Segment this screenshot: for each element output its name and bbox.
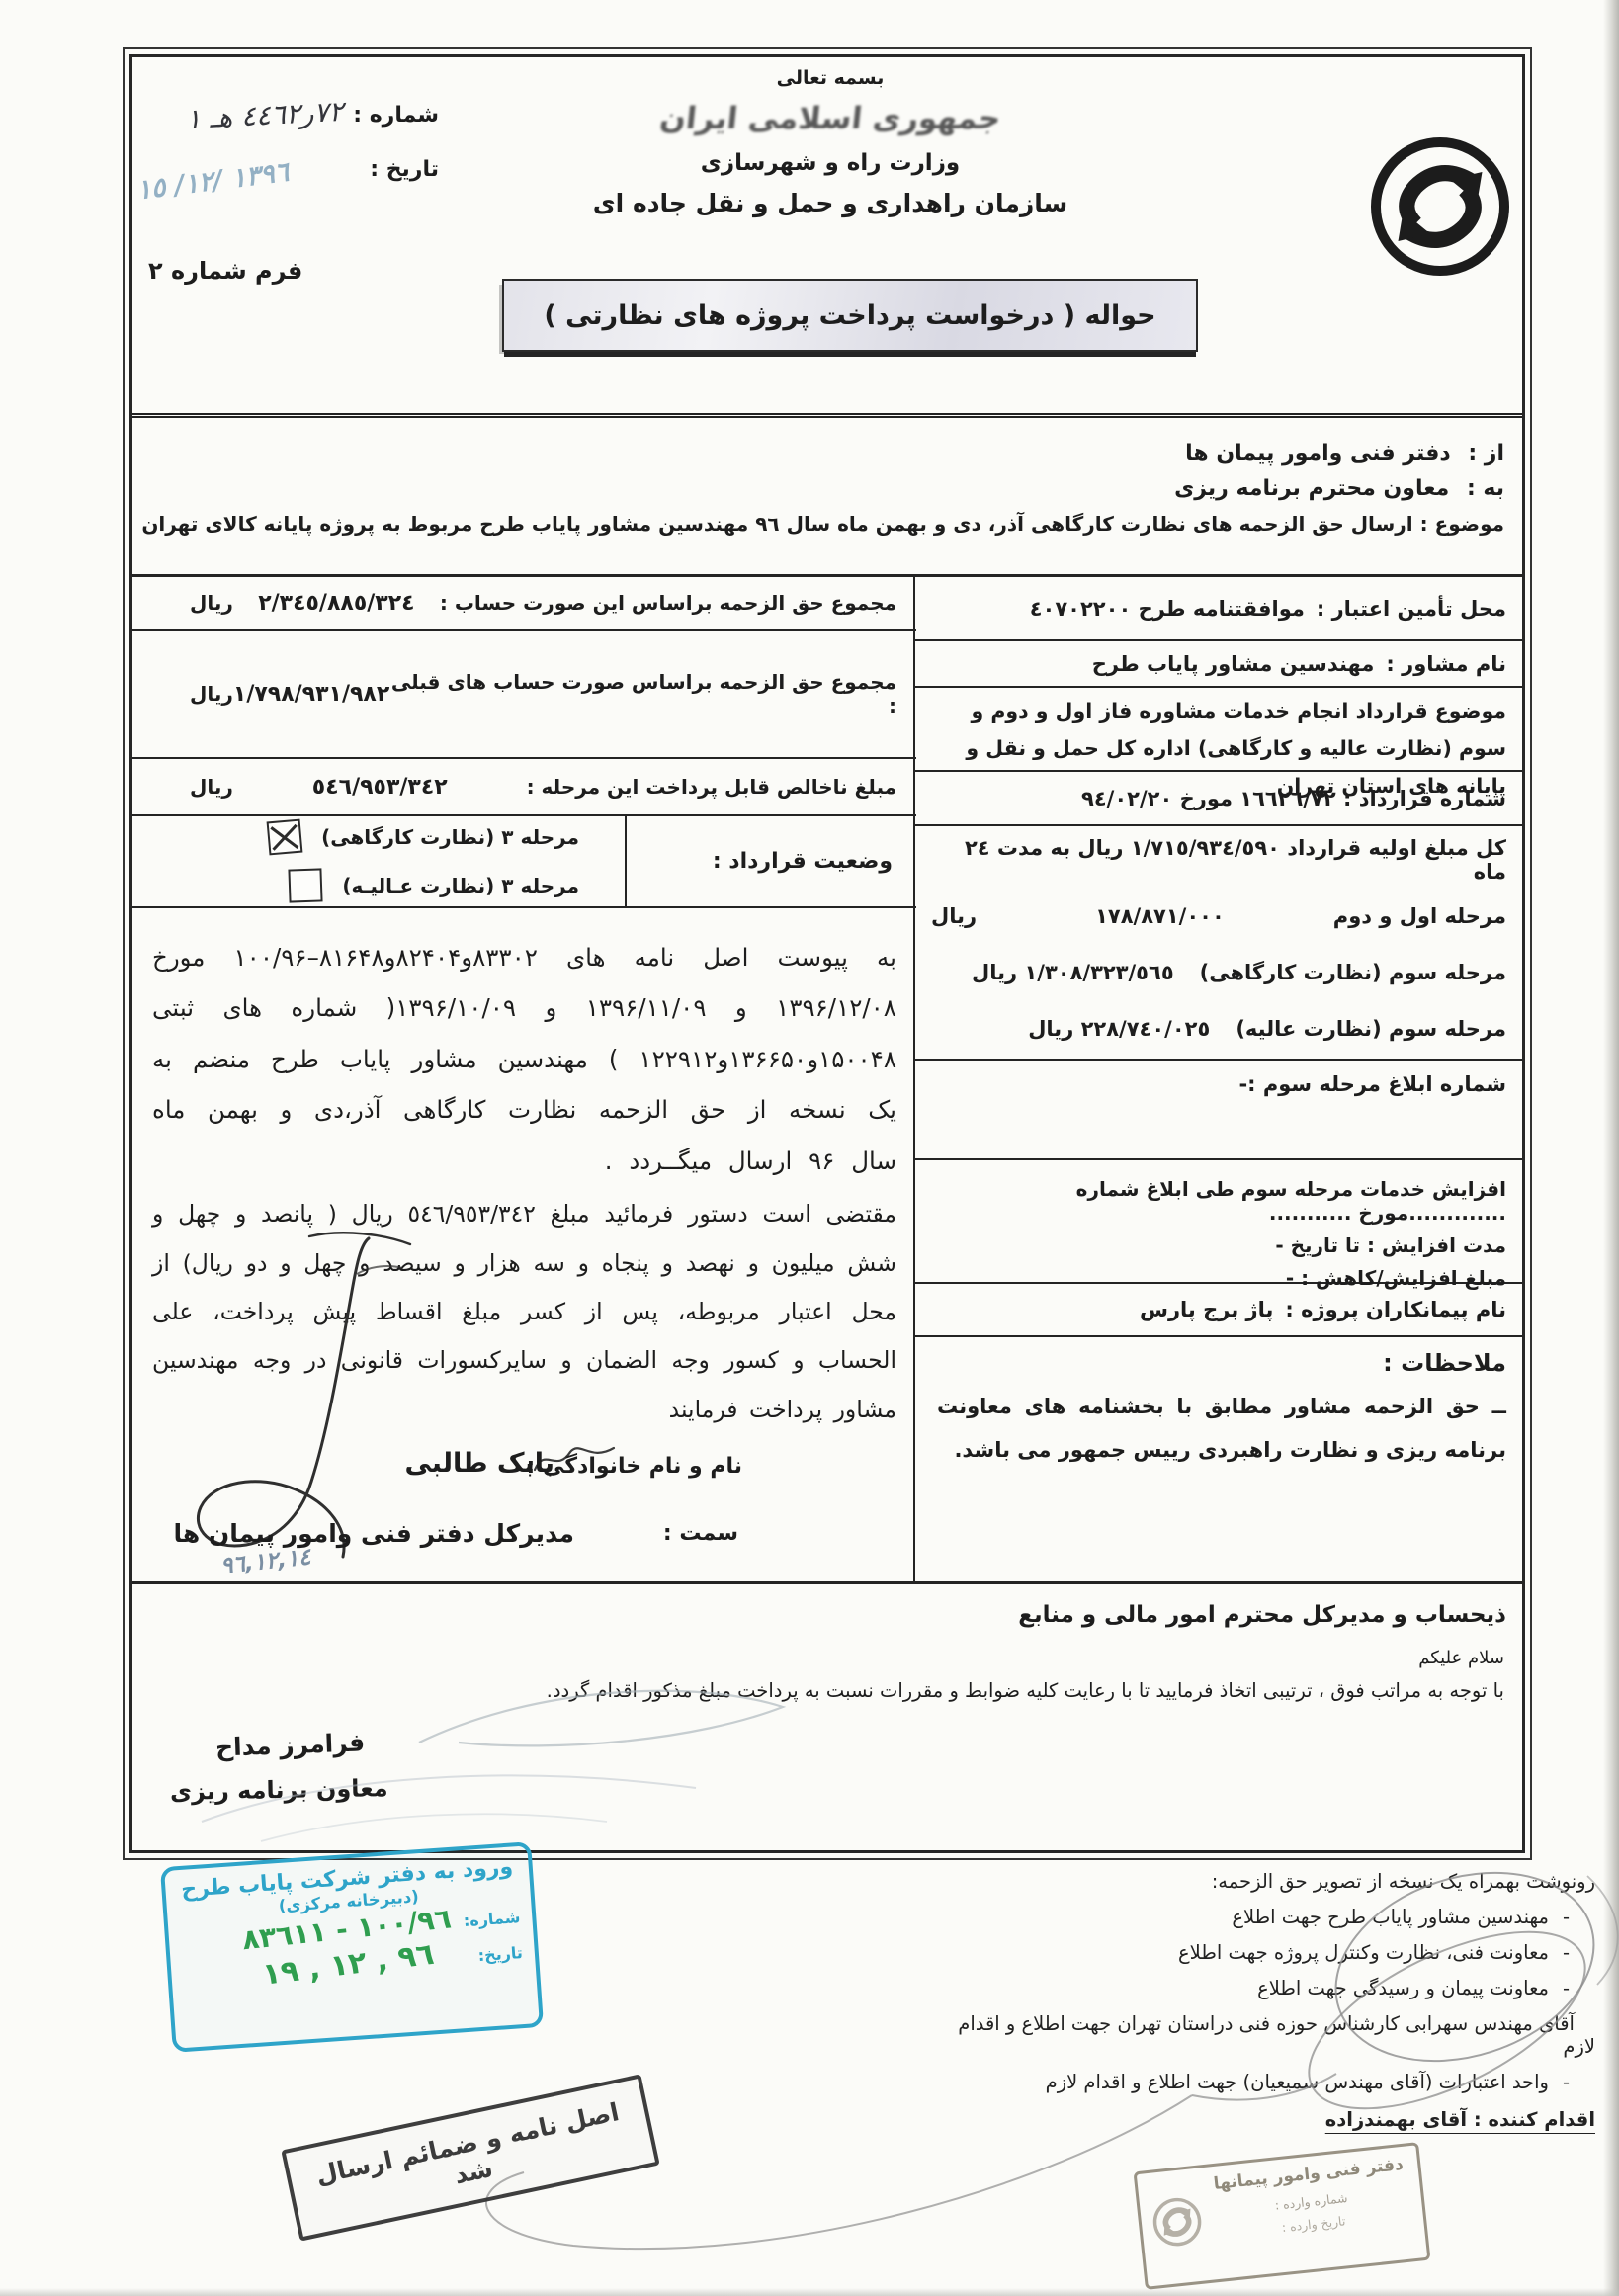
gross-payable-row: مبلغ ناخالص قابل پرداخت این مرحله : ٥٤٦/… <box>132 759 916 816</box>
phase3-site-line: مرحله سوم (نظارت کارگاهی) ١/٣٠٨/٣٢٣/٥٦٥ … <box>931 944 1506 1000</box>
position-value: مدیرکل دفتر فنی وامور پیمان ها <box>173 1519 574 1548</box>
cc-item: -معاونت پیمان و رسیدگی جهت اطلاع <box>943 1977 1595 1999</box>
cc-item-text: معاونت فنی، نظارت وکنترل پروژه جهت اطلاع <box>1178 1941 1549 1964</box>
current-total-label: مجموع حق الزحمه براساس این صورت حساب : <box>440 591 896 615</box>
originals-sent-stamp: اصل نامه و ضمائم ارسال شد <box>281 2074 659 2241</box>
position-label: سمت : <box>663 1521 738 1546</box>
name-label: نام و نام خانوادگی : <box>527 1454 742 1479</box>
subject-value: ارسال حق الزحمه های نظارت کارگاهی آذر، د… <box>141 512 1412 536</box>
number-value-handwritten: ٧٢ر٤٤٦٢ هـ ١ <box>185 95 344 135</box>
cc-heading: رونوشت بهمراه یک نسخه از تصویر حق الزحمه… <box>943 1870 1595 1893</box>
cc-item-text: واحد اعتبارات (آقای مهندس سمیعیان) جهت ا… <box>1046 2071 1549 2093</box>
scanned-payment-request-form: بسمه تعالی جمهوری اسلامی ایران وزارت راه… <box>0 0 1619 2296</box>
contract-subject-row: موضوع قرارداد انجام خدمات مشاوره فاز اول… <box>915 688 1522 772</box>
increase-line2: مدت افزایش : تا تاریخ - <box>931 1233 1506 1257</box>
funding-row: محل تأمین اعتبار : موافقتنامه طرح ٤٠٧٠٢٢… <box>915 577 1522 641</box>
gross-payable-value: ٥٤٦/٩٥٣/٣٤٢ <box>312 775 448 800</box>
checked-checkbox-icon <box>267 819 303 856</box>
status-label: وضعیت قرارداد : <box>625 816 916 906</box>
total-amount-line: کل مبلغ اولیه قرارداد ١/٧١٥/٩٣٤/٥٩٠ ریال… <box>931 831 1506 888</box>
phase12-line: مرحله اول و دوم ١٧٨/٨٧١/٠٠٠ ریال <box>931 888 1506 944</box>
previous-total-row: مجموع حق الزحمه براساس صورت حساب های قبل… <box>132 631 916 759</box>
republic-calligraphy: جمهوری اسلامی ایران <box>482 101 1178 136</box>
entry-registration-stamp: ورود به دفتر شرکت پایاب طرح (دبیرخانه مر… <box>160 1841 544 2053</box>
from-value: دفتر فنی وامور پیمان ها <box>1185 441 1450 466</box>
technical-office-stamp: دفتر فنی وامور پیمانها شماره وارده : تار… <box>1134 2142 1431 2290</box>
contract-table: محل تأمین اعتبار : موافقتنامه طرح ٤٠٧٠٢٢… <box>132 574 1522 1584</box>
current-total-unit: ریال <box>190 591 233 615</box>
approval-salutation: سلام علیکم <box>1418 1648 1504 1668</box>
from-label: از : <box>1468 441 1504 466</box>
form-number-line: شماره : ٧٢ر٤٤٦٢ هـ ١ <box>140 99 439 131</box>
previous-total-unit: ریال <box>190 682 233 706</box>
dash-bullet: - <box>1563 2071 1570 2093</box>
bismillah-text: بسمه تعالی <box>484 67 1176 89</box>
cc-list: رونوشت بهمراه یک نسخه از تصویر حق الزحمه… <box>943 1870 1595 2131</box>
contractors-value: پاژ برج پارس <box>1140 1298 1273 1321</box>
status-option-site: مرحله ٣ (نظارت کارگاهی) <box>132 820 579 854</box>
header-meta: شماره : ٧٢ر٤٤٦٢ هـ ١ تاریخ : ١٣٩٦ /١٢/ ١… <box>140 99 439 182</box>
header-divider <box>132 413 1522 418</box>
dash-bullet: - <box>1563 1906 1570 1928</box>
remarks-row: ملاحظات : ــ حق الزحمه مشاور مطابق با بخ… <box>915 1337 1522 1472</box>
phase3-site-label: مرحله سوم (نظارت کارگاهی) <box>1200 961 1506 984</box>
consultant-row: نام مشاور : مهندسین مشاور پایاب طرح <box>915 641 1522 688</box>
contractors-label: نام پیمانکاران پروژه : <box>1285 1298 1506 1321</box>
previous-total-label: مجموع حق الزحمه براساس صورت حساب های قبل… <box>389 670 896 718</box>
approval-section: ذیحساب و مدیرکل محترم امور مالی و منابع … <box>132 1581 1522 1850</box>
increase-row: افزایش خدمات مرحله سوم طی ابلاغ شماره ..… <box>915 1160 1522 1284</box>
form-border-box: بسمه تعالی جمهوری اسلامی ایران وزارت راه… <box>129 54 1525 1853</box>
entry-number-label: شماره: <box>463 1908 521 1930</box>
header-center: بسمه تعالی جمهوری اسلامی ایران وزارت راه… <box>484 67 1176 217</box>
contract-amounts-row: کل مبلغ اولیه قرارداد ١/٧١٥/٩٣٤/٥٩٠ ریال… <box>915 826 1522 1061</box>
office-stamp-text: دفتر فنی وامور پیمانها شماره وارده : تار… <box>1208 2154 1416 2271</box>
cc-item: -مهندسین مشاور پایاب طرح جهت اطلاع <box>943 1906 1595 1928</box>
empty-checkbox-icon <box>289 868 323 902</box>
contract-status-row: وضعیت قرارداد : مرحله ٣ (نظارت کارگاهی) … <box>132 816 916 908</box>
to-value: معاون محترم برنامه ریزی <box>1174 476 1449 501</box>
form-number-caption: فرم شماره ۲ <box>148 257 302 285</box>
funding-label: محل تأمین اعتبار : <box>1317 597 1506 621</box>
date-label: تاریخ : <box>370 157 439 182</box>
gross-payable-label: مبلغ ناخالص قابل پرداخت این مرحله : <box>527 775 896 799</box>
phase12-unit: ریال <box>931 904 977 928</box>
approval-heading: ذیحساب و مدیرکل محترم امور مالی و منابع <box>1018 1602 1506 1628</box>
phase12-label: مرحله اول و دوم <box>1333 904 1506 928</box>
form-title-box: حواله ( درخواست پرداخت پروژه های نظارتی … <box>502 279 1198 352</box>
notification-number-row: شماره ابلاغ مرحله سوم :- <box>915 1061 1522 1160</box>
previous-total-value: ١/٧٩٨/٩٣١/٩٨٢ <box>233 682 389 707</box>
attachment-paragraph: به پیوست اصل نامه های ۸۳۳۰۲و۸۲۴۰۴و۸۱۶۴۸–… <box>152 932 896 1186</box>
remarks-text: ــ حق الزحمه مشاور مطابق با بخشنامه های … <box>931 1385 1506 1472</box>
letter-from: از : دفتر فنی وامور پیمان ها <box>150 441 1504 466</box>
status-option-high-label: مرحله ٣ (نظارت عـالیـه) <box>342 874 579 897</box>
cc-item-text: مهندسین مشاور پایاب طرح جهت اطلاع <box>1232 1906 1549 1928</box>
letter-to: به : معاون محترم برنامه ریزی <box>150 476 1504 501</box>
organization-title: سازمان راهداری و حمل و نقل جاده ای <box>484 189 1176 217</box>
cc-item: -آقای مهندس سهرابی کارشناس حوزه فنی دراس… <box>943 2012 1595 2058</box>
consultant-value: مهندسین مشاور پایاب طرح <box>1092 652 1375 676</box>
phase3-high-value: ٢٢٨/٧٤٠/٠٢٥ ریال <box>1028 1017 1210 1041</box>
request-notes-cell: به پیوست اصل نامه های ۸۳۳۰۲و۸۲۴۰۴و۸۱۶۴۸–… <box>132 908 916 1584</box>
status-option-high: مرحله ٣ (نظارت عـالیـه) <box>132 869 579 902</box>
organization-logo-icon <box>1366 132 1514 281</box>
cc-item-text: آقای مهندس سهرابی کارشناس حوزه فنی دراست… <box>958 2012 1595 2058</box>
ministry-title: وزارت راه و شهرسازی <box>484 150 1176 176</box>
to-label: به : <box>1467 476 1504 501</box>
scan-edge-artifact-bottom <box>0 2288 1619 2296</box>
scan-edge-artifact <box>1603 0 1619 2296</box>
status-options: مرحله ٣ (نظارت کارگاهی) مرحله ٣ (نظارت ع… <box>132 816 625 906</box>
status-option-site-label: مرحله ٣ (نظارت کارگاهی) <box>321 825 579 849</box>
phase3-site-value: ١/٣٠٨/٣٢٣/٥٦٥ ریال <box>972 961 1174 984</box>
subject-label: موضوع : <box>1420 512 1504 536</box>
increase-line1: افزایش خدمات مرحله سوم طی ابلاغ شماره ..… <box>931 1177 1506 1225</box>
cc-item-text: معاونت پیمان و رسیدگی جهت اطلاع <box>1257 1977 1549 1999</box>
dash-bullet: - <box>1563 1941 1570 1964</box>
consultant-label: نام مشاور : <box>1386 652 1506 676</box>
letter-subject: موضوع : ارسال حق الزحمه های نظارت کارگاه… <box>150 512 1504 536</box>
number-label: شماره : <box>353 103 439 128</box>
contract-number-value: شماره قرارداد : ١٦٦٢٦/٧٢ مورخ ٩٤/٠٢/٢٠ <box>1081 787 1506 810</box>
phase3-high-label: مرحله سوم (نظارت عالیه) <box>1236 1017 1506 1041</box>
approval-body: با توجه به مراتب فوق ، ترتیبی اتخاذ فرما… <box>547 1679 1504 1702</box>
office-stamp-logo-icon <box>1149 2194 1205 2251</box>
remarks-label: ملاحظات : <box>931 1349 1506 1377</box>
gross-payable-unit: ریال <box>190 775 233 799</box>
phase3-high-line: مرحله سوم (نظارت عالیه) ٢٢٨/٧٤٠/٠٢٥ ریال <box>931 1000 1506 1057</box>
invoice-column: مجموع حق الزحمه براساس این صورت حساب : ٢… <box>132 577 916 1584</box>
deputy-name: فرامرز مداح <box>215 1728 366 1761</box>
deputy-title: معاون برنامه ریزی <box>170 1774 388 1806</box>
contract-details-column: محل تأمین اعتبار : موافقتنامه طرح ٤٠٧٠٢٢… <box>913 577 1522 1584</box>
cc-item: -واحد اعتبارات (آقای مهندس سمیعیان) جهت … <box>943 2071 1595 2093</box>
entry-date-label: تاریخ: <box>477 1943 523 1965</box>
current-total-row: مجموع حق الزحمه براساس این صورت حساب : ٢… <box>132 577 916 631</box>
letter-head: از : دفتر فنی وامور پیمان ها به : معاون … <box>132 431 1522 536</box>
contractors-row: نام پیمانکاران پروژه : پاژ برج پارس <box>915 1284 1522 1337</box>
dash-bullet: - <box>1563 1977 1570 1999</box>
current-total-value: ٢/٣٤٥/٨٨٥/٣٢٤ <box>258 591 414 616</box>
cc-actor-line: اقدام کننده : آقای بهمندزاده <box>943 2108 1595 2131</box>
director-signature <box>163 1231 460 1567</box>
name-value: بابک طالبی <box>404 1448 554 1479</box>
phase12-value: ١٧٨/٨٧١/٠٠٠ <box>1095 904 1225 928</box>
cc-item: -معاونت فنی، نظارت وکنترل پروژه جهت اطلا… <box>943 1941 1595 1964</box>
funding-value: موافقتنامه طرح ٤٠٧٠٢٢٠٠ <box>1030 597 1305 621</box>
